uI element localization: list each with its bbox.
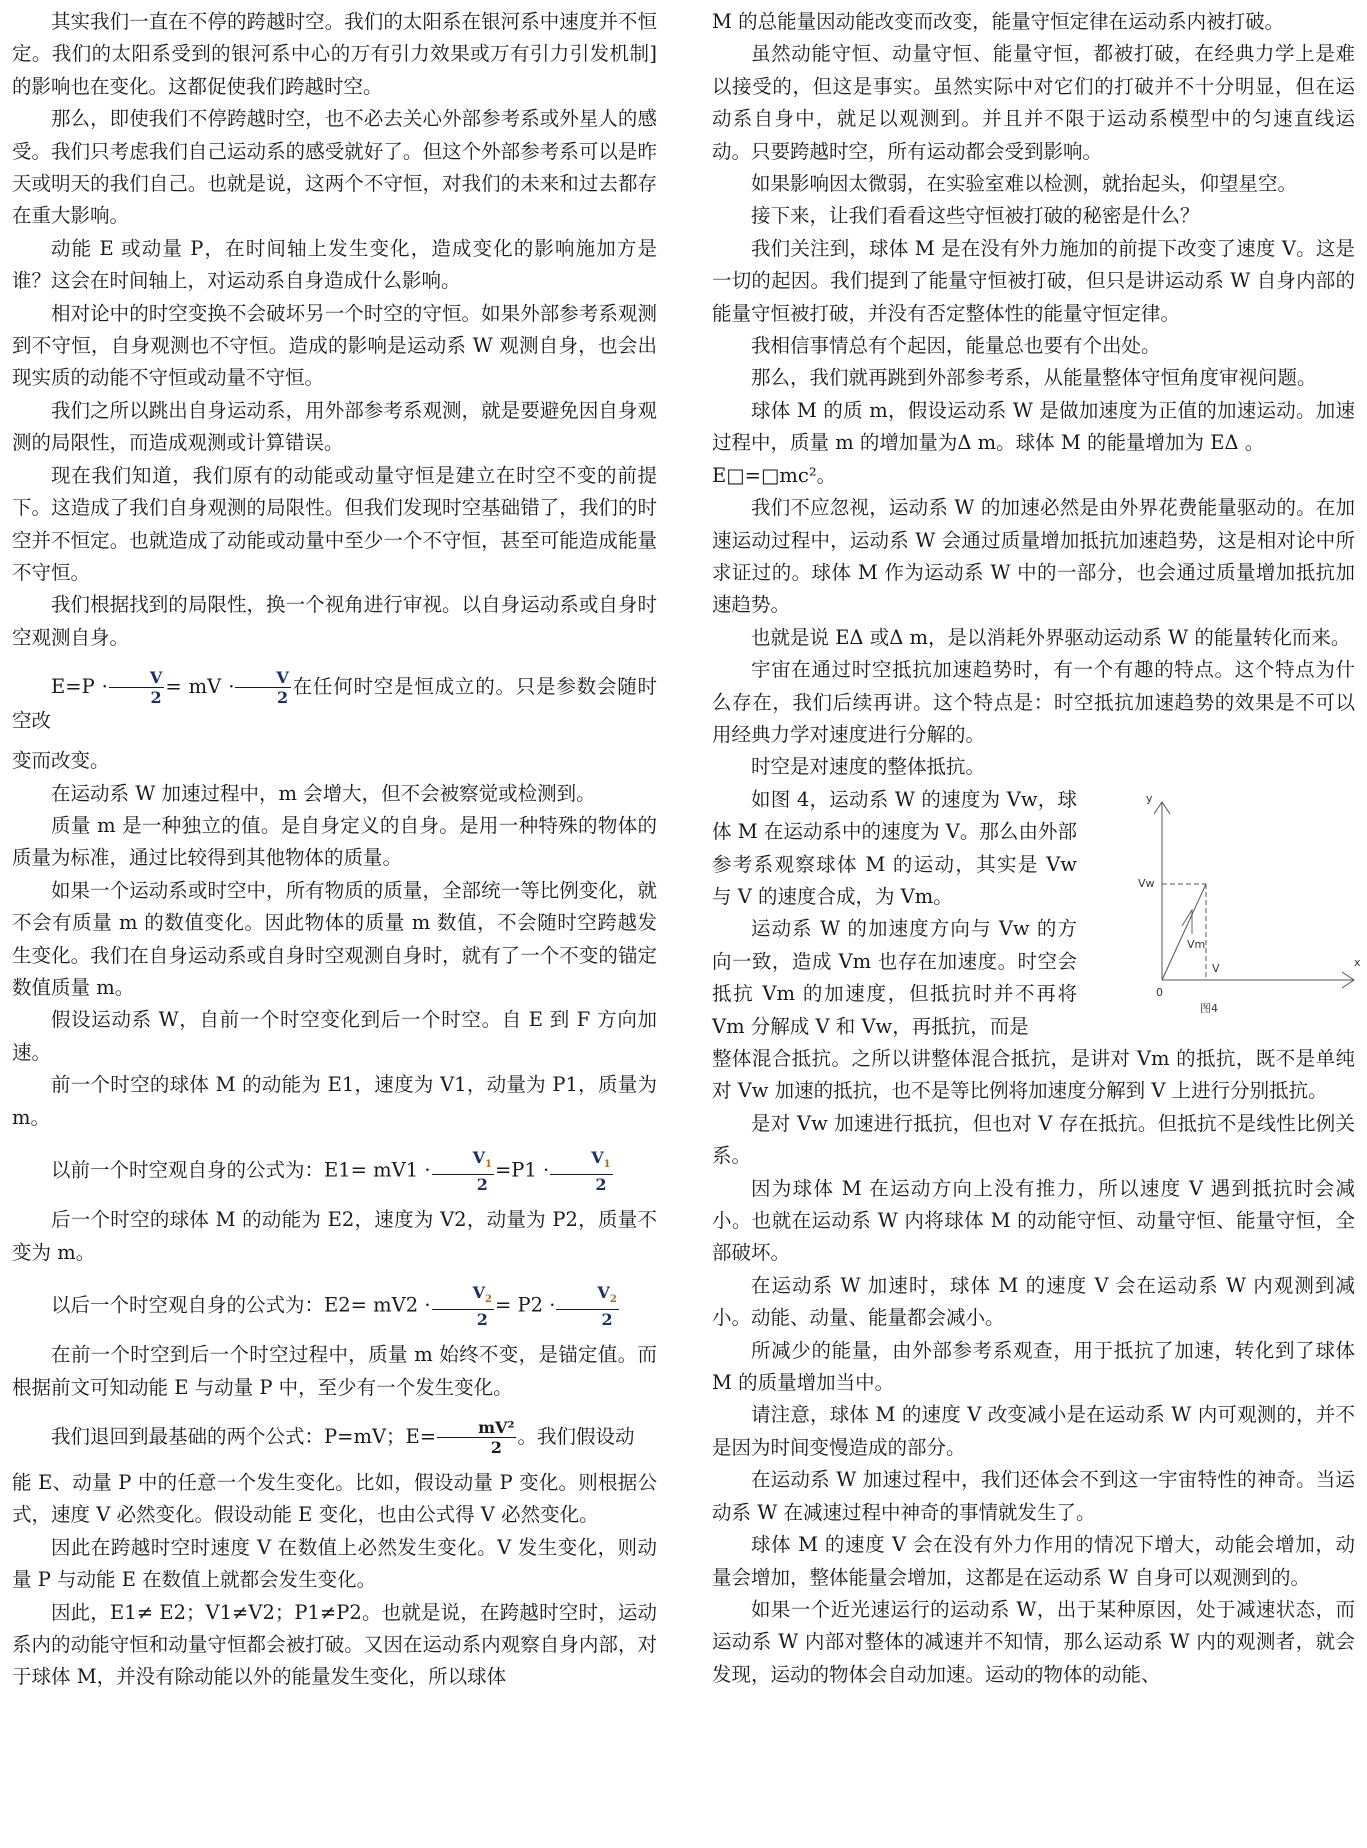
right-column: M 的总能量因动能改变而改变，能量守恒定律在运动系内被打破。 虽然动能守恒、动量…: [712, 6, 1355, 1691]
paragraph: 时空是对速度的整体抵抗。: [712, 751, 1355, 783]
figure-block: 如图 4，运动系 W 的速度为 Vw，球体 M 在运动系中的速度为 V。那么由外…: [712, 784, 1355, 1043]
svg-text:Vw: Vw: [1138, 877, 1155, 890]
paragraph: 变而改变。: [12, 745, 657, 777]
fraction: mV²2: [437, 1418, 516, 1457]
left-column: 其实我们一直在不停的跨越时空。我们的太阳系在银河系中速度并不恒定。我们的太阳系受…: [12, 6, 657, 1694]
paragraph: 动能 E 或动量 P，在时间轴上发生变化，造成变化的影响施加方是谁？这会在时间轴…: [12, 233, 657, 298]
formula-e2: 以后一个时空观自身的公式为：E2= mV2 ·V22= P2 ·V22: [12, 1269, 657, 1339]
svg-text:0: 0: [1156, 986, 1163, 999]
paragraph: 那么，即使我们不停跨越时空，也不必去关心外部参考系或外星人的感受。我们只考虑我们…: [12, 103, 657, 233]
paragraph: 那么，我们就再跳到外部参考系，从能量整体守恒角度审视问题。: [712, 362, 1355, 394]
paragraph: 因此，E1≠ E2；V1≠V2；P1≠P2。也就是说，在跨越时空时，运动系内的动…: [12, 1597, 657, 1694]
fraction: V12: [550, 1148, 612, 1194]
svg-text:x: x: [1354, 956, 1361, 969]
paragraph: 我们根据找到的局限性，换一个视角进行审视。以自身运动系或自身时空观测自身。: [12, 589, 657, 654]
paragraph: 现在我们知道，我们原有的动能或动量守恒是建立在时空不变的前提下。这造成了我们自身…: [12, 460, 657, 590]
formula-energy-momentum: E=P ·V2= mV ·V2在任何时空是恒成立的。只是参数会随时空改: [12, 654, 657, 745]
paragraph: 假设运动系 W，自前一个时空变化到后一个时空。自 E 到 F 方向加速。: [12, 1004, 657, 1069]
paragraph: 在运动系 W 加速过程中，m 会增大，但不会被察觉或检测到。: [12, 778, 657, 810]
paragraph: M 的总能量因动能改变而改变，能量守恒定律在运动系内被打破。: [712, 6, 1355, 38]
paragraph: 后一个时空的球体 M 的动能为 E2，速度为 V2，动量为 P2，质量不变为 m…: [12, 1204, 657, 1269]
paragraph: 前一个时空的球体 M 的动能为 E1，速度为 V1，动量为 P1，质量为 m。: [12, 1069, 657, 1134]
fraction: V2: [109, 668, 164, 707]
fraction: V12: [432, 1148, 494, 1194]
svg-text:V: V: [1212, 962, 1220, 975]
paragraph: 所减少的能量，由外部参考系观查，用于抵抗了加速，转化到了球体 M 的质量增加当中…: [712, 1335, 1355, 1400]
paragraph: 如果一个运动系或时空中，所有物质的质量，全部统一等比例变化，就不会有质量 m 的…: [12, 875, 657, 1005]
paragraph: 因为球体 M 在运动方向上没有推力，所以速度 V 遇到抵抗时会减小。也就在运动系…: [712, 1173, 1355, 1270]
fraction: V22: [432, 1283, 494, 1329]
formula-basic: 我们退回到最基础的两个公式：P=mV；E=mV²2。我们假设动: [12, 1404, 657, 1467]
fraction: V2: [235, 668, 290, 707]
paragraph: 我相信事情总有个起因，能量总也要有个出处。: [712, 330, 1355, 362]
paragraph: 球体 M 的质 m，假设运动系 W 是做加速度为正值的加速运动。加速过程中，质量…: [712, 395, 1355, 460]
paragraph: 我们关注到，球体 M 是在没有外力施加的前提下改变了速度 V。这是一切的起因。我…: [712, 233, 1355, 330]
paragraph: 质量 m 是一种独立的值。是自身定义的自身。是用一种特殊的物体的质量为标准，通过…: [12, 810, 657, 875]
paragraph: 因此在跨越时空时速度 V 在数值上必然发生变化。V 发生变化，则动量 P 与动能…: [12, 1532, 657, 1597]
paragraph: 也就是说 EΔ 或Δ m，是以消耗外界驱动运动系 W 的能量转化而来。: [712, 622, 1355, 654]
paragraph: 在运动系 W 加速时，球体 M 的速度 V 会在运动系 W 内观测到减小。动能、…: [712, 1270, 1355, 1335]
paragraph: 在前一个时空到后一个时空过程中，质量 m 始终不变，是锚定值。而根据前文可知动能…: [12, 1339, 657, 1404]
fraction: V22: [556, 1283, 618, 1329]
svg-text:y: y: [1146, 792, 1153, 805]
paragraph: 我们不应忽视，运动系 W 的加速必然是由外界花费能量驱动的。在加速运动过程中，运…: [712, 492, 1355, 622]
paragraph: 虽然动能守恒、动量守恒、能量守恒，都被打破，在经典力学上是难以接受的，但这是事实…: [712, 38, 1355, 168]
figure-4-velocity-diagram: y x 0 Vw V Vm 图4: [1132, 784, 1362, 1014]
paragraph: 球体 M 的速度 V 会在没有外力作用的情况下增大，动能会增加，动量会增加，整体…: [712, 1529, 1355, 1594]
figure-side-text: 如图 4，运动系 W 的速度为 Vw，球体 M 在运动系中的速度为 V。那么由外…: [712, 784, 1077, 1043]
paragraph: 是对 Vw 加速进行抵抗，但也对 V 存在抵抗。但抵抗不是线性比例关系。: [712, 1108, 1355, 1173]
formula-e1: 以前一个时空观自身的公式为：E1= mV1 ·V12=P1 ·V12: [12, 1134, 657, 1204]
formula-mass-energy: E□=□mc²。: [712, 460, 1355, 492]
vm-arrow-icon: [1182, 910, 1192, 934]
paragraph: 相对论中的时空变换不会破坏另一个时空的守恒。如果外部参考系观测到不守恒，自身观测…: [12, 298, 657, 395]
paragraph: 接下来，让我们看看这些守恒被打破的秘密是什么？: [712, 200, 1355, 232]
paragraph: 宇宙在通过时空抵抗加速趋势时，有一个有趣的特点。这个特点为什么存在，我们后续再讲…: [712, 654, 1355, 751]
paragraph: 如果影响因太微弱，在实验室难以检测，就抬起头，仰望星空。: [712, 168, 1355, 200]
paragraph: 请注意，球体 M 的速度 V 改变减小是在运动系 W 内可观测的，并不是因为时间…: [712, 1399, 1355, 1464]
velocity-vector-diagram: y x 0 Vw V Vm 图4: [1132, 784, 1362, 1014]
paragraph: 如图 4，运动系 W 的速度为 Vw，球体 M 在运动系中的速度为 V。那么由外…: [712, 784, 1077, 914]
svg-text:Vm: Vm: [1187, 938, 1205, 951]
paragraph: 整体混合抵抗。之所以讲整体混合抵抗，是讲对 Vm 的抵抗，既不是单纯对 Vw 加…: [712, 1043, 1355, 1108]
paragraph: 我们之所以跳出自身运动系，用外部参考系观测，就是要避免因自身观测的局限性，而造成…: [12, 395, 657, 460]
svg-text:图4: 图4: [1200, 1002, 1218, 1014]
paragraph: 运动系 W 的加速度方向与 Vw 的方向一致，造成 Vm 也存在加速度。时空会抵…: [712, 913, 1077, 1043]
paragraph: 如果一个近光速运行的运动系 W，出于某种原因，处于减速状态，而运动系 W 内部对…: [712, 1594, 1355, 1691]
paragraph: 其实我们一直在不停的跨越时空。我们的太阳系在银河系中速度并不恒定。我们的太阳系受…: [12, 6, 657, 103]
paragraph: 在运动系 W 加速过程中，我们还体会不到这一宇宙特性的神奇。当运动系 W 在减速…: [712, 1464, 1355, 1529]
paragraph: 能 E、动量 P 中的任意一个发生变化。比如，假设动量 P 变化。则根据公式，速…: [12, 1467, 657, 1532]
